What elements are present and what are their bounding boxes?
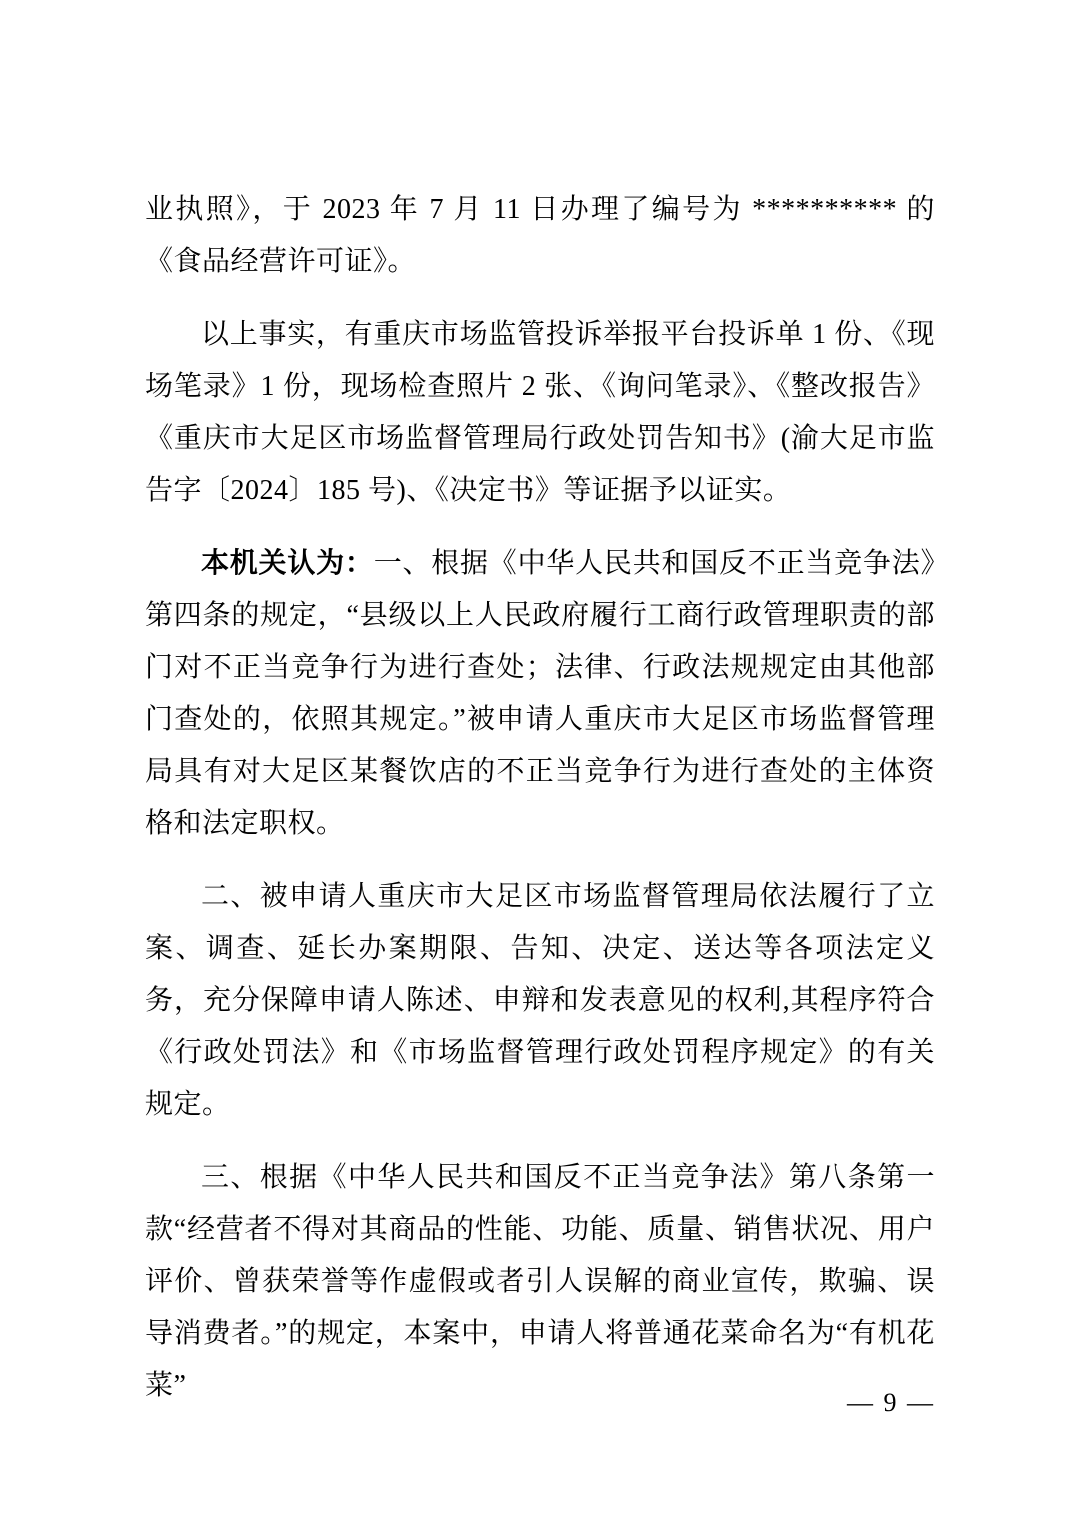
page-footer: — 9 —	[847, 1388, 935, 1418]
paragraph-bold-lead: 本机关认为：	[201, 548, 374, 579]
paragraph-continuation: 业执照》，于 2023 年 7 月 11 日办理了编号为 ********** …	[145, 184, 935, 288]
paragraph-authority-opinion: 本机关认为：一、根据《中华人民共和国反不正当竞争法》第四条的规定，“县级以上人民…	[145, 538, 935, 850]
document-page: 业执照》，于 2023 年 7 月 11 日办理了编号为 ********** …	[0, 0, 1074, 1520]
paragraph-law-article-eight: 三、根据《中华人民共和国反不正当竞争法》第八条第一款“经营者不得对其商品的性能、…	[145, 1152, 935, 1412]
paragraph-text: 一、根据《中华人民共和国反不正当竞争法》第四条的规定，“县级以上人民政府履行工商…	[145, 548, 935, 839]
page-number: — 9 —	[847, 1388, 935, 1417]
document-body: 业执照》，于 2023 年 7 月 11 日办理了编号为 ********** …	[145, 184, 935, 1412]
paragraph-procedure-compliance: 二、被申请人重庆市大足区市场监督管理局依法履行了立案、调查、延长办案期限、告知、…	[145, 871, 935, 1131]
paragraph-evidence-list: 以上事实，有重庆市场监管投诉举报平台投诉单 1 份、《现场笔录》1 份，现场检查…	[145, 309, 935, 517]
